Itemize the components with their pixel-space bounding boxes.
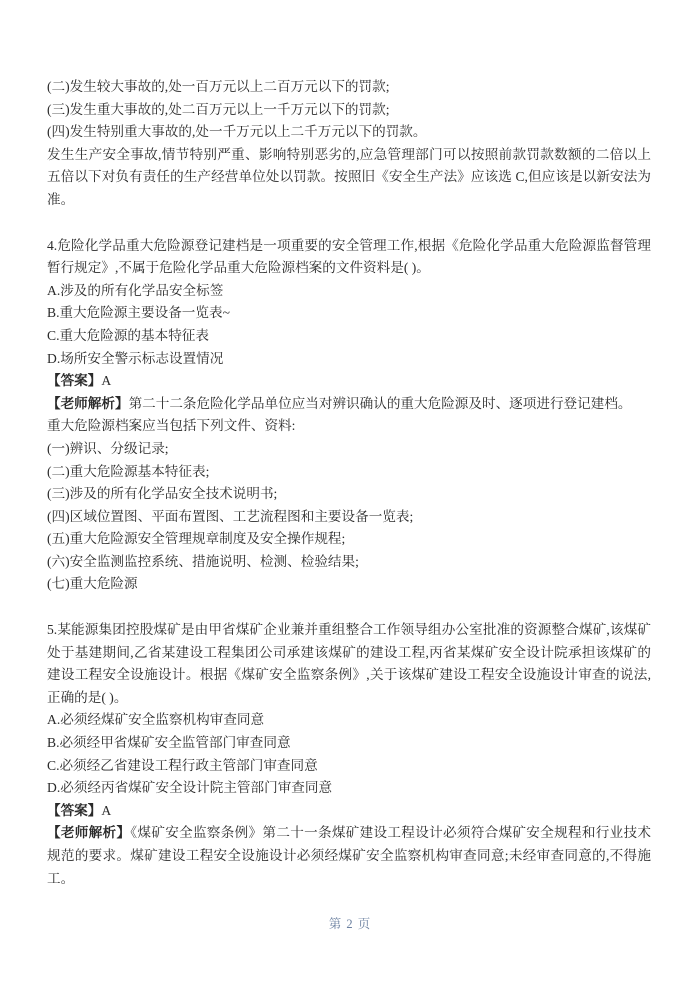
answer-value: A (101, 373, 111, 388)
question-5-stem: 5.某能源集团控股煤矿是由甲省煤矿企业兼并重组整合工作领导组办公室批准的资源整合… (47, 619, 651, 709)
question-5-answer-line: 【答案】A (47, 800, 651, 823)
question-4-stem: 4.危险化学品重大危险源登记建档是一项重要的安全管理工作,根据《危险化学品重大危… (47, 235, 651, 280)
analysis-label: 【老师解析】 (47, 825, 130, 840)
penalty-clause-4: (四)发生特别重大事故的,处一千万元以上二千万元以下的罚款。 (47, 121, 651, 144)
archive-item: (一)辨识、分级记录; (47, 438, 651, 461)
question-4-option-a: A.涉及的所有化学品安全标签 (47, 280, 651, 303)
penalty-clause-3: (三)发生重大事故的,处二百万元以上一千万元以下的罚款; (47, 99, 651, 122)
question-5-option-b: B.必须经甲省煤矿安全监管部门审查同意 (47, 732, 651, 755)
question-5-option-c: C.必须经乙省建设工程行政主管部门审查同意 (47, 755, 651, 778)
analysis-text: 第二十二条危险化学品单位应当对辨识确认的重大危险源及时、逐项进行登记建档。 (129, 396, 632, 411)
archive-item: (六)安全监测监控系统、措施说明、检测、检验结果; (47, 551, 651, 574)
question-4-option-c: C.重大危险源的基本特征表 (47, 325, 651, 348)
archive-item: (二)重大危险源基本特征表; (47, 461, 651, 484)
answer-value: A (101, 803, 111, 818)
question-4-option-d: D.场所安全警示标志设置情况 (47, 348, 651, 371)
analysis-label: 【老师解析】 (47, 396, 129, 411)
archive-item: (七)重大危险源 (47, 573, 651, 596)
document-body: (二)发生较大事故的,处一百万元以上二百万元以下的罚款; (三)发生重大事故的,… (47, 76, 651, 890)
question-4-analysis-line: 【老师解析】第二十二条危险化学品单位应当对辨识确认的重大危险源及时、逐项进行登记… (47, 393, 651, 416)
page-number: 第 2 页 (0, 914, 700, 932)
question-4-answer-line: 【答案】A (47, 370, 651, 393)
penalty-clause-2: (二)发生较大事故的,处一百万元以上二百万元以下的罚款; (47, 76, 651, 99)
analysis-text: 《煤矿安全监察条例》第二十一条煤矿建设工程设计必须符合煤矿安全规程和行业技术规范… (47, 825, 651, 885)
question-5-analysis-line: 【老师解析】《煤矿安全监察条例》第二十一条煤矿建设工程设计必须符合煤矿安全规程和… (47, 822, 651, 890)
question-4-block: 4.危险化学品重大危险源登记建档是一项重要的安全管理工作,根据《危险化学品重大危… (47, 235, 651, 597)
answer-label: 【答案】 (47, 373, 101, 388)
question-4-option-b: B.重大危险源主要设备一览表~ (47, 302, 651, 325)
explanation-note: 发生生产安全事故,情节特别严重、影响特别恶劣的,应急管理部门可以按照前款罚款数额… (47, 144, 651, 212)
question-5-block: 5.某能源集团控股煤矿是由甲省煤矿企业兼并重组整合工作领导组办公室批准的资源整合… (47, 619, 651, 890)
archive-item: (三)涉及的所有化学品安全技术说明书; (47, 483, 651, 506)
archive-item: (五)重大危险源安全管理规章制度及安全操作规程; (47, 528, 651, 551)
question-5-option-a: A.必须经煤矿安全监察机构审查同意 (47, 709, 651, 732)
archive-item: (四)区域位置图、平面布置图、工艺流程图和主要设备一览表; (47, 506, 651, 529)
answer-label: 【答案】 (47, 803, 101, 818)
archive-intro: 重大危险源档案应当包括下列文件、资料: (47, 415, 651, 438)
question-5-option-d: D.必须经丙省煤矿安全设计院主管部门审查同意 (47, 777, 651, 800)
prev-question-explanation-block: (二)发生较大事故的,处一百万元以上二百万元以下的罚款; (三)发生重大事故的,… (47, 76, 651, 212)
